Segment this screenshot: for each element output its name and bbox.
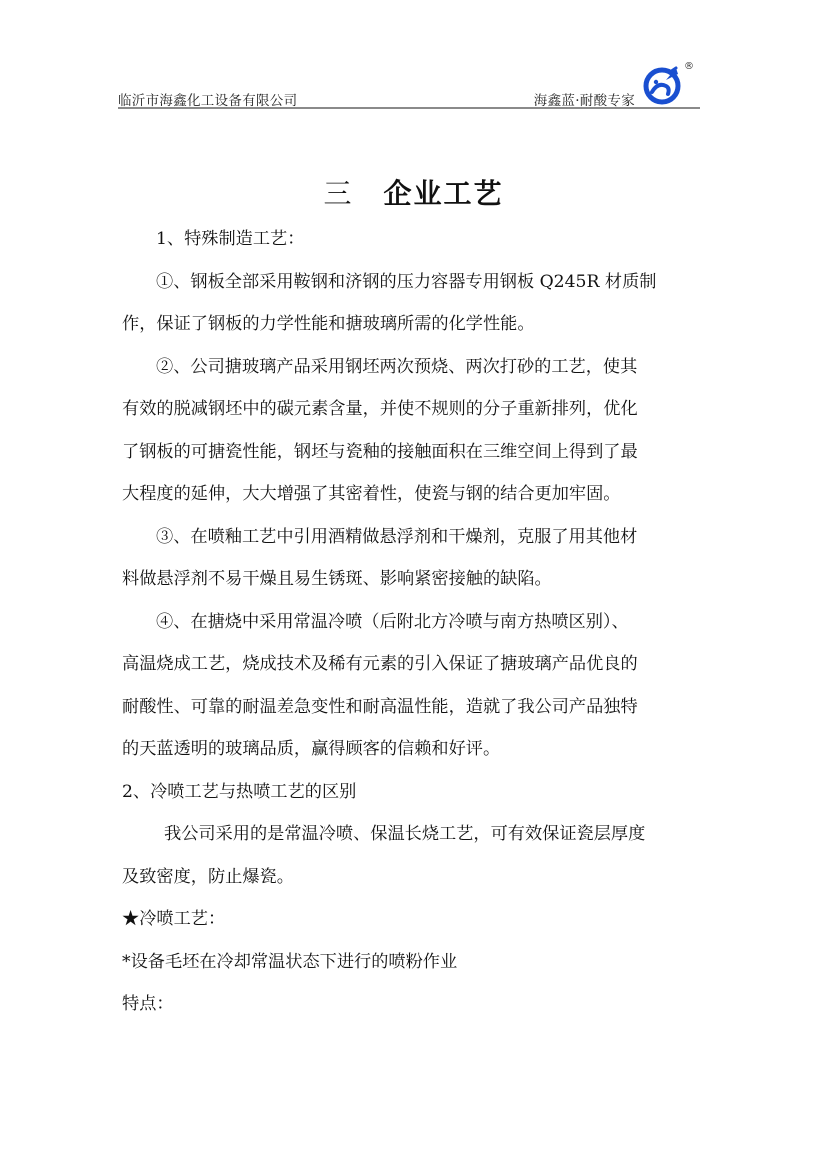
- item3-line2: 料做悬浮剂不易干燥且易生锈斑、影响紧密接触的缺陷。: [122, 558, 704, 601]
- header-divider: [118, 107, 700, 109]
- item4-line2: 高温烧成工艺，烧成技术及稀有元素的引入保证了搪玻璃产品优良的: [122, 643, 704, 686]
- section-title: 企业工艺: [384, 177, 504, 210]
- item2-line1: ②、公司搪玻璃产品采用钢坯两次预烧、两次打砂的工艺，使其: [122, 346, 704, 389]
- cold-spray-description: *设备毛坯在冷却常温状态下进行的喷粉作业: [122, 941, 704, 984]
- section2-heading: 2、冷喷工艺与热喷工艺的区别: [122, 771, 704, 814]
- section2-intro-line1: 我公司采用的是常温冷喷、保温长烧工艺，可有效保证瓷层厚度: [122, 813, 704, 856]
- item1-line1: ①、钢板全部采用鞍钢和济钢的压力容器专用钢板 Q245R 材质制: [122, 261, 704, 304]
- section2-intro-line2: 及致密度，防止爆瓷。: [122, 856, 704, 899]
- section1-heading: 1、特殊制造工艺：: [122, 218, 704, 261]
- item2-line4: 大程度的延伸，大大增强了其密着性，使瓷与钢的结合更加牢固。: [122, 473, 704, 516]
- item2-line2: 有效的脱减钢坯中的碳元素含量，并使不规则的分子重新排列，优化: [122, 388, 704, 431]
- company-name: 临沂市海鑫化工设备有限公司: [118, 89, 297, 109]
- item2-line3: 了钢板的可搪瓷性能，钢坯与瓷釉的接触面积在三维空间上得到了最: [122, 431, 704, 474]
- page-header: 临沂市海鑫化工设备有限公司 海鑫蓝·耐酸专家 ®: [118, 60, 700, 110]
- page-title: 三企业工艺: [0, 172, 827, 212]
- section-number: 三: [323, 177, 353, 210]
- cold-spray-heading: ★冷喷工艺：: [122, 898, 704, 941]
- item1-line2: 作，保证了钢板的力学性能和搪玻璃所需的化学性能。: [122, 303, 704, 346]
- item4-line1: ④、在搪烧中采用常温冷喷（后附北方冷喷与南方热喷区别）、: [122, 601, 704, 644]
- item4-line3: 耐酸性、可靠的耐温差急变性和耐高温性能，造就了我公司产品独特: [122, 686, 704, 729]
- item4-line4: 的天蓝透明的玻璃品质，赢得顾客的信赖和好评。: [122, 728, 704, 771]
- company-slogan: 海鑫蓝·耐酸专家: [534, 89, 635, 109]
- registered-mark: ®: [684, 61, 694, 72]
- item3-line1: ③、在喷釉工艺中引用酒精做悬浮剂和干燥剂，克服了用其他材: [122, 516, 704, 559]
- company-logo-icon: ®: [642, 62, 692, 106]
- features-label: 特点：: [122, 983, 704, 1026]
- document-body: 1、特殊制造工艺： ①、钢板全部采用鞍钢和济钢的压力容器专用钢板 Q245R 材…: [122, 218, 704, 1026]
